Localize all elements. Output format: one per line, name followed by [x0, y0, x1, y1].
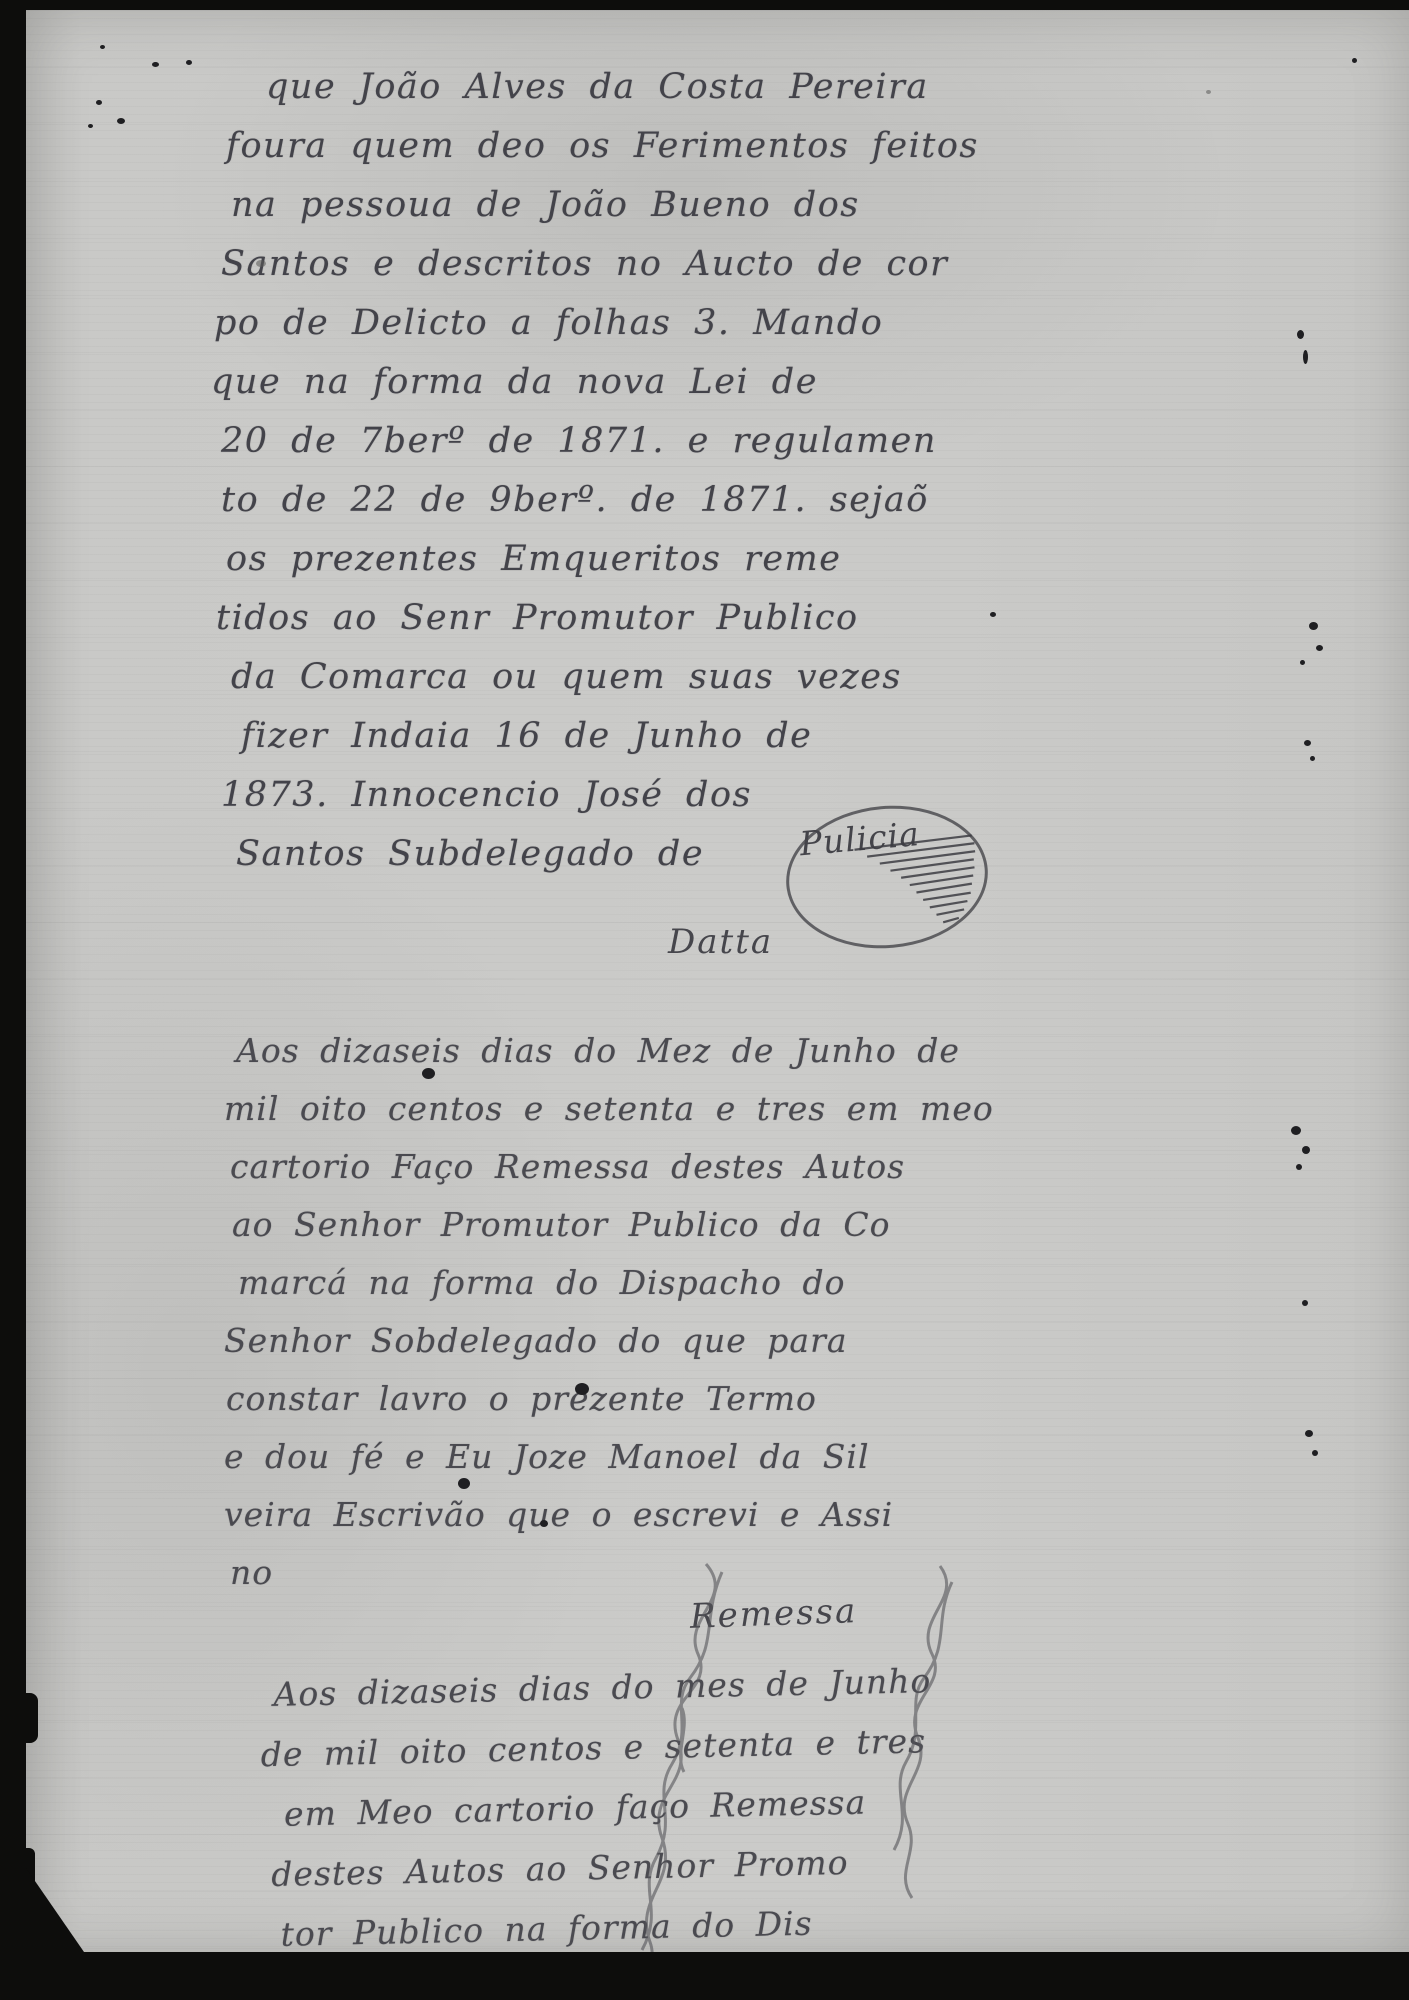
manuscript-line: tidos ao Senr Promutor Publico	[216, 589, 979, 648]
ink-blot	[1291, 1126, 1301, 1135]
manuscript-page: que João Alves da Costa Pereira foura qu…	[26, 10, 1409, 1954]
manuscript-line: po de Delicto a folhas 3. Mando	[214, 294, 979, 353]
cross-signature-stroke	[586, 1558, 756, 1988]
ink-blot	[540, 1520, 548, 1527]
manuscript-line: 20 de 7berº de 1871. e regulamen	[221, 412, 979, 471]
ink-blot	[422, 1068, 435, 1079]
manuscript-line: na pessoua de João Bueno dos	[231, 176, 979, 235]
manuscript-line: da Comarca ou quem suas vezes	[231, 648, 979, 707]
manuscript-line: marcá na forma do Dispacho do	[238, 1254, 994, 1312]
ink-blot	[88, 124, 93, 128]
manuscript-line: veira Escrivão que o escrevi e Assi	[224, 1486, 994, 1544]
despacho-paragraph: que João Alves da Costa Pereira foura qu…	[238, 58, 979, 884]
ink-blot	[1297, 330, 1304, 339]
manuscript-line: ao Senhor Promutor Publico da Co	[232, 1196, 994, 1254]
document-scan: que João Alves da Costa Pereira foura qu…	[0, 0, 1409, 2000]
ink-blot	[1300, 660, 1305, 665]
ink-blot	[458, 1478, 470, 1489]
ink-blot	[100, 45, 105, 49]
ink-blot	[990, 612, 996, 617]
ink-blot	[1305, 1430, 1313, 1437]
manuscript-line: que João Alves da Costa Pereira	[266, 58, 979, 117]
ink-blot	[1302, 1146, 1310, 1154]
scan-border	[20, 1693, 38, 1743]
manuscript-line: Aos dizaseis dias do Mez de Junho de	[236, 1022, 994, 1080]
cross-signature-stroke	[822, 1562, 982, 1902]
manuscript-line: Santos e descritos no Aucto de cor	[221, 235, 979, 294]
ink-blot	[1296, 1164, 1302, 1170]
manuscript-line: e dou fé e Eu Joze Manoel da Sil	[224, 1428, 994, 1486]
manuscript-line: os prezentes Emqueritos reme	[226, 530, 979, 589]
section-heading-datta: Datta	[668, 922, 773, 962]
manuscript-line: foura quem deo os Ferimentos feitos	[226, 117, 979, 176]
ink-blot	[1316, 645, 1323, 651]
manuscript-line: fizer Indaia 16 de Junho de	[241, 707, 979, 766]
ink-blot	[1206, 90, 1211, 94]
manuscript-line: que na forma da nova Lei de	[211, 353, 979, 412]
datta-paragraph: Aos dizaseis dias do Mez de Junho de mil…	[224, 1022, 994, 1602]
scan-border	[0, 0, 1409, 10]
scan-border	[0, 1952, 1409, 2000]
ink-blot	[575, 1383, 589, 1395]
ink-blot	[152, 62, 159, 67]
ink-blot	[1352, 58, 1357, 63]
ink-blot	[1302, 1300, 1308, 1306]
ink-blot	[117, 118, 125, 124]
manuscript-line: to de 22 de 9berº. de 1871. sejaõ	[221, 471, 979, 530]
manuscript-line: cartorio Faço Remessa destes Autos	[230, 1138, 994, 1196]
manuscript-line: constar lavro o prezente Termo	[226, 1370, 994, 1428]
ink-blot	[186, 60, 192, 65]
ink-blot	[1303, 350, 1308, 364]
manuscript-line: Senhor Sobdelegado do que para	[224, 1312, 994, 1370]
ink-blot	[1304, 740, 1311, 746]
ink-blot	[96, 100, 102, 105]
rubric-flourish	[848, 831, 984, 938]
manuscript-line: mil oito centos e setenta e tres em meo	[224, 1080, 994, 1138]
ink-blot	[1310, 756, 1315, 761]
ink-blot	[256, 260, 266, 267]
ink-blot	[1312, 1450, 1318, 1456]
ink-blot	[1309, 622, 1318, 630]
